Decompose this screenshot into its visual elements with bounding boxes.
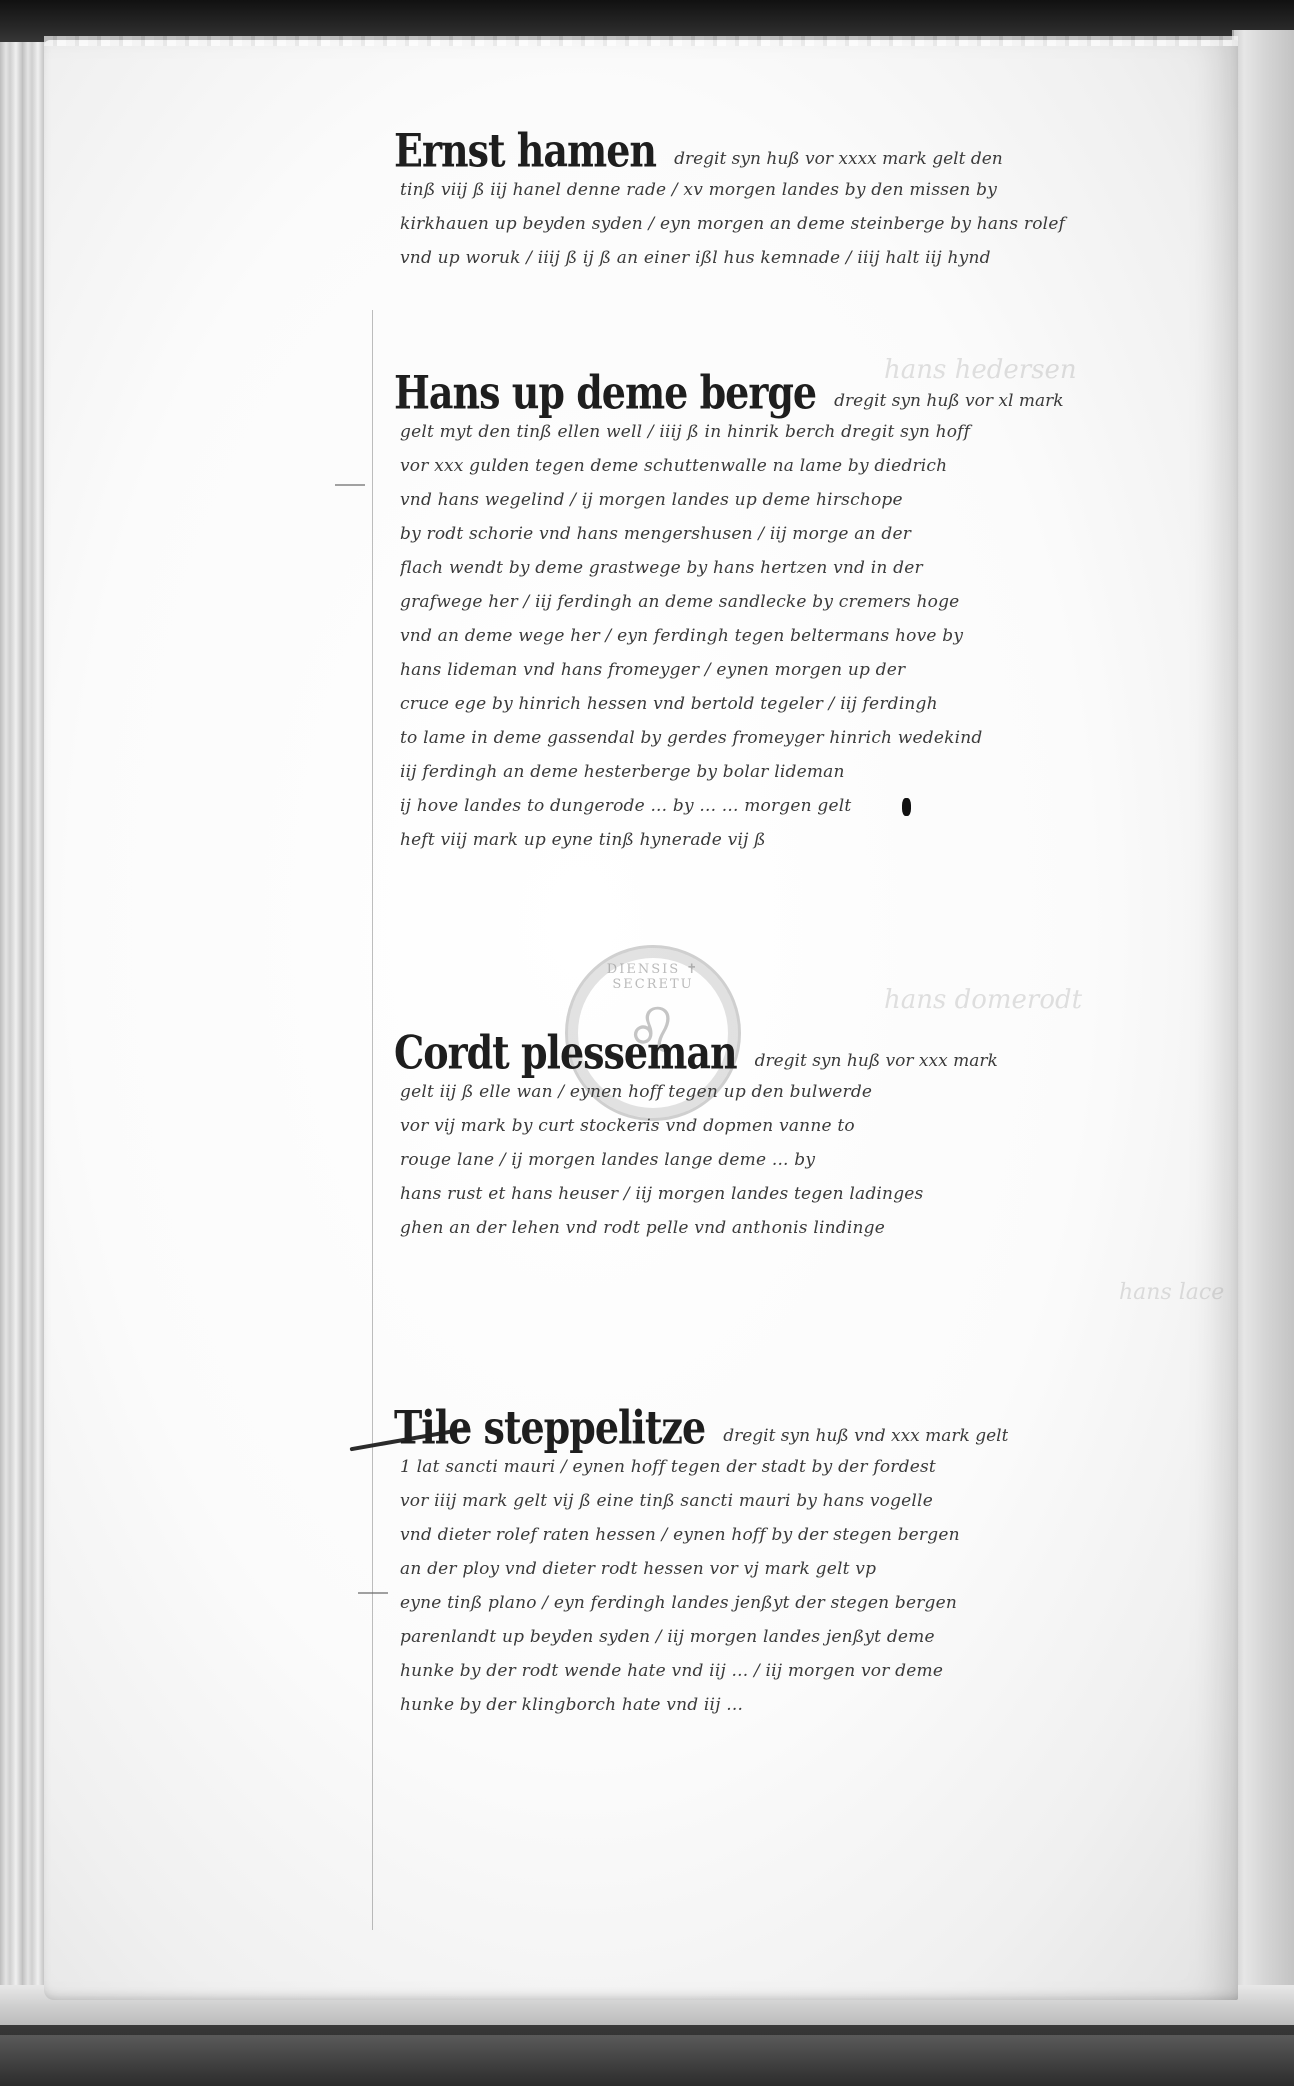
entry-text-line: ij hove landes to dungerode ... by ... .…	[400, 789, 1220, 823]
entry-text-line: kirkhauen up beyden syden / eyn morgen a…	[400, 207, 1220, 241]
bleed-through-text: hans lace	[1119, 1280, 1224, 1305]
entry-text-line: ghen an der lehen vnd rodt pelle vnd ant…	[400, 1211, 1220, 1245]
register-entry: Tile steppelitze dregit syn huß vnd xxx …	[400, 1405, 1220, 1722]
book-board-bottom	[0, 2035, 1294, 2086]
entry-name: Tile steppelitze	[394, 1401, 705, 1455]
entry-text-line: 1 lat sancti mauri / eynen hoff tegen de…	[400, 1450, 1220, 1484]
entry-text-line: iij ferdingh an deme hesterberge by bola…	[400, 755, 1220, 789]
register-entry: Cordt plesseman dregit syn huß vor xxx m…	[400, 1030, 1220, 1245]
entry-text-line: to lame in deme gassendal by gerdes from…	[400, 721, 1220, 755]
entry-text-line: vor iiij mark gelt vij ß eine tinß sanct…	[400, 1484, 1220, 1518]
entry-text-line: vnd dieter rolef raten hessen / eynen ho…	[400, 1518, 1220, 1552]
entry-name: Ernst hamen	[394, 124, 656, 178]
entry-text-line: flach wendt by deme grastwege by hans he…	[400, 551, 1220, 585]
entry-text-line: by rodt schorie vnd hans mengershusen / …	[400, 517, 1220, 551]
entry-text-line: tinß viij ß iij hanel denne rade / xv mo…	[400, 173, 1220, 207]
entry-text-line: vnd hans wegelind / ij morgen landes up …	[400, 483, 1220, 517]
margin-ruling-line	[372, 310, 373, 1930]
entry-text-line: vnd up woruk / iiij ß ij ß an einer ißl …	[400, 241, 1220, 275]
entry-heading-row: Ernst hamen dregit syn huß vor xxxx mark…	[394, 128, 1220, 173]
entry-heading-row: Cordt plesseman dregit syn huß vor xxx m…	[394, 1030, 1220, 1075]
entry-text-line: vnd an deme wege her / eyn ferdingh tege…	[400, 619, 1220, 653]
entry-text-line: dregit syn huß vor xl mark	[834, 391, 1063, 411]
entry-text-line: dregit syn huß vnd xxx mark gelt	[723, 1426, 1008, 1446]
manuscript-scan: hans hedersen hans domerodt hans lace DI…	[0, 0, 1294, 2086]
entry-heading-row: Hans up deme berge dregit syn huß vor xl…	[394, 370, 1220, 415]
register-entry: Hans up deme berge dregit syn huß vor xl…	[400, 370, 1220, 857]
bleed-through-text: hans domerodt	[884, 985, 1082, 1015]
entry-text-line: parenlandt up beyden syden / iij morgen …	[400, 1620, 1220, 1654]
register-entry: Ernst hamen dregit syn huß vor xxxx mark…	[400, 128, 1220, 275]
entry-name: Hans up deme berge	[394, 366, 816, 420]
entry-text-line: grafwege her / iij ferdingh an deme sand…	[400, 585, 1220, 619]
entry-text-line: heft viij mark up eyne tinß hynerade vij…	[400, 823, 1220, 857]
entry-name: Cordt plesseman	[394, 1026, 737, 1080]
entry-text-line: dregit syn huß vor xxxx mark gelt den	[674, 149, 1003, 169]
entry-text-line: vor xxx gulden tegen deme schuttenwalle …	[400, 449, 1220, 483]
entry-text-line: gelt myt den tinß ellen well / iiij ß in…	[400, 415, 1220, 449]
seal-legend: DIENSIS ✝ SECRETU	[568, 962, 738, 992]
entry-text-line: vor vij mark by curt stockeris vnd dopme…	[400, 1109, 1220, 1143]
entry-heading-row: Tile steppelitze dregit syn huß vnd xxx …	[394, 1405, 1220, 1450]
entry-text-line: hans rust et hans heuser / iij morgen la…	[400, 1177, 1220, 1211]
entry-text-line: eyne tinß plano / eyn ferdingh landes je…	[400, 1586, 1220, 1620]
entry-text-line: dregit syn huß vor xxx mark	[755, 1051, 998, 1071]
margin-mark	[358, 1592, 388, 1594]
entry-text-line: an der ploy vnd dieter rodt hessen vor v…	[400, 1552, 1220, 1586]
entry-text-line: hunke by der rodt wende hate vnd iij ...…	[400, 1654, 1220, 1688]
entry-text-line: hans lideman vnd hans fromeyger / eynen …	[400, 653, 1220, 687]
entry-text-line: rouge lane / ij morgen landes lange deme…	[400, 1143, 1220, 1177]
margin-mark	[335, 484, 365, 486]
entry-text-line: cruce ege by hinrich hessen vnd bertold …	[400, 687, 1220, 721]
entry-text-line: gelt iij ß elle wan / eynen hoff tegen u…	[400, 1075, 1220, 1109]
binding-gutter	[1232, 30, 1294, 2020]
entry-text-line: hunke by der klingborch hate vnd iij ...	[400, 1688, 1220, 1722]
